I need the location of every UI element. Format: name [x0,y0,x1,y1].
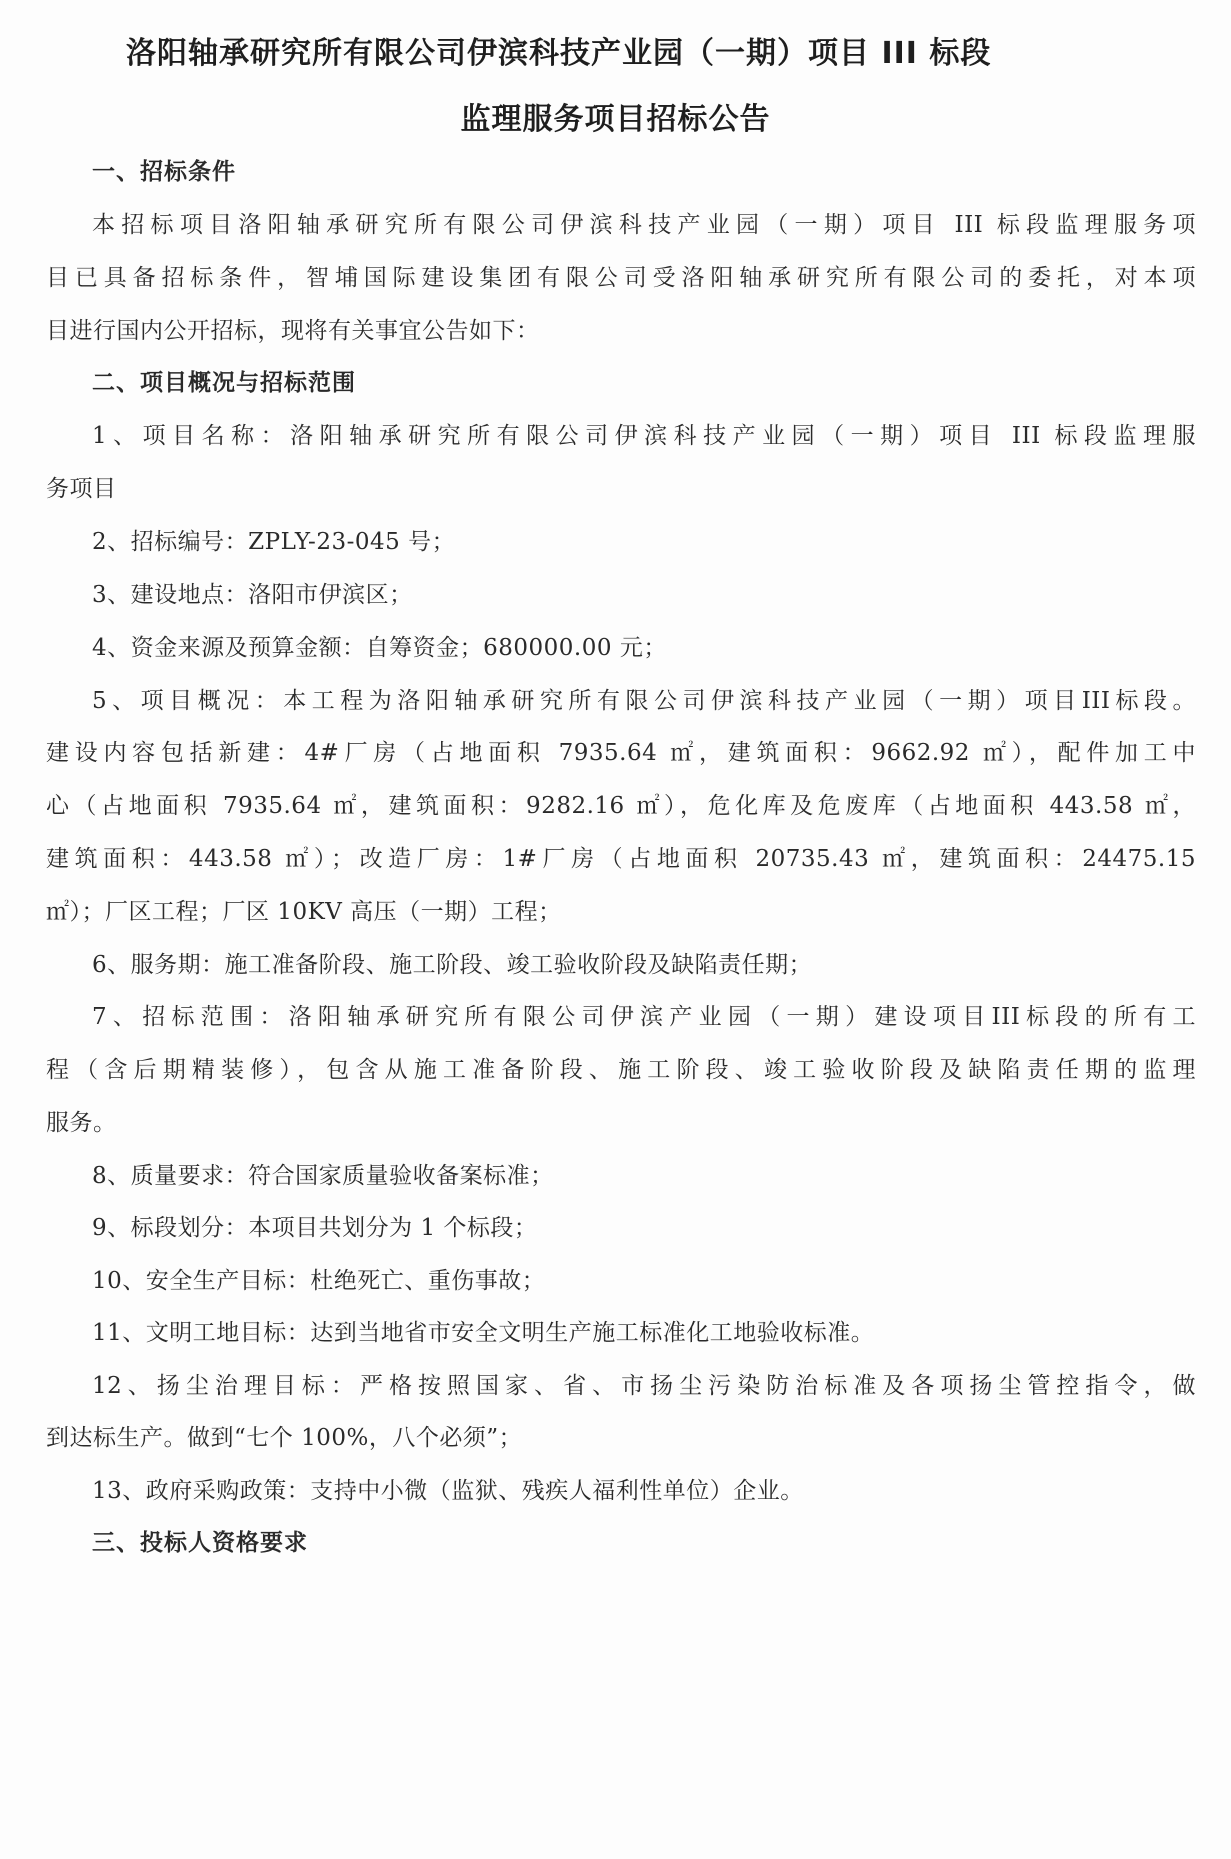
section3-heading: 三、投标人资格要求 [92,1528,1231,1558]
item11-civilized-site: 11、文明工地目标：达到当地省市安全文明生产施工标准化工地验收标准。 [92,1318,1231,1348]
section1-paragraph-line: 本招标项目洛阳轴承研究所有限公司伊滨科技产业园（一期）项目 III 标段监理服务… [92,210,1196,240]
item13-procurement-policy: 13、政府采购政策：支持中小微（监狱、残疾人福利性单位）企业。 [92,1476,1231,1506]
item2-bid-number: 2、招标编号：ZPLY-23-045 号； [92,527,1231,557]
item1-line: 1、项目名称：洛阳轴承研究所有限公司伊滨科技产业园（一期）项目 III 标段监理… [92,421,1196,451]
item5-line: 心（占地面积 7935.64 ㎡，建筑面积：9282.16 ㎡），危化库及危废库… [46,791,1196,821]
item5-line: 建筑面积：443.58 ㎡）；改造厂房：1#厂房（占地面积 20735.43 ㎡… [46,844,1196,874]
section1-paragraph-line: 目已具备招标条件，智埔国际建设集团有限公司受洛阳轴承研究所有限公司的委托，对本项 [46,263,1196,293]
item5-line: 建设内容包括新建：4#厂房（占地面积 7935.64 ㎡，建筑面积：9662.9… [46,738,1196,768]
item7-line: 程（含后期精装修），包含从施工准备阶段、施工阶段、竣工验收阶段及缺陷责任期的监理 [46,1055,1196,1085]
section1-paragraph-line: 目进行国内公开招标，现将有关事宜公告如下： [46,316,1196,346]
item7-line: 服务。 [46,1108,1196,1138]
section2-heading: 二、项目概况与招标范围 [92,368,1231,398]
document-title-line2: 监理服务项目招标公告 [0,94,1231,138]
item4-budget: 4、资金来源及预算金额：自筹资金；680000.00 元； [92,633,1231,663]
item1-line: 务项目 [46,474,1196,504]
item5-line: ㎡）；厂区工程；厂区 10KV 高压（一期）工程； [46,897,1196,927]
item5-line: 5、项目概况：本工程为洛阳轴承研究所有限公司伊滨科技产业园（一期）项目III标段… [92,686,1196,716]
item7-line: 7、招标范围：洛阳轴承研究所有限公司伊滨产业园（一期）建设项目III标段的所有工 [92,1002,1196,1032]
document-title-line1: 洛阳轴承研究所有限公司伊滨科技产业园（一期）项目 III 标段 [74,28,1226,72]
document-page: 洛阳轴承研究所有限公司伊滨科技产业园（一期）项目 III 标段 监理服务项目招标… [0,0,1231,1859]
item12-line: 12、扬尘治理目标：严格按照国家、省、市扬尘污染防治标准及各项扬尘管控指令，做 [92,1371,1196,1401]
item3-location: 3、建设地点：洛阳市伊滨区； [92,580,1231,610]
item9-lots: 9、标段划分：本项目共划分为 1 个标段； [92,1213,1231,1243]
item10-safety: 10、安全生产目标：杜绝死亡、重伤事故； [92,1266,1231,1296]
item12-line: 到达标生产。做到“七个 100%，八个必须”； [46,1423,1196,1453]
item8-quality: 8、质量要求：符合国家质量验收备案标准； [92,1161,1231,1191]
section1-heading: 一、招标条件 [92,157,1231,187]
item6-service-period: 6、服务期：施工准备阶段、施工阶段、竣工验收阶段及缺陷责任期； [92,950,1231,980]
